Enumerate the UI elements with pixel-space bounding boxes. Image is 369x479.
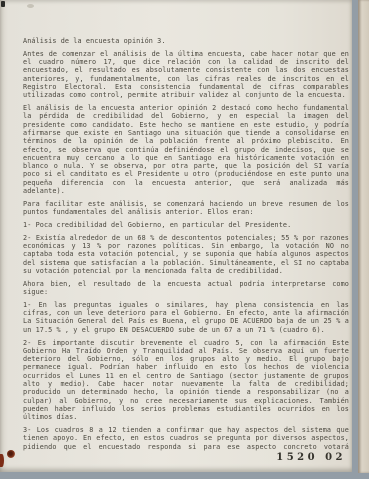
paragraph-analisis-anterior: El análisis de la encuesta anterior opin…: [23, 104, 349, 195]
underlying-page-edge: [358, 0, 369, 473]
ink-spot: [7, 450, 15, 458]
page-edge-shadow: [351, 0, 358, 473]
scanned-document-page: Análisis de la encuesta opinión 3. Antes…: [0, 0, 369, 479]
paragraph-intro-cuadro-17: Antes de comenzar el análisis de la últi…: [23, 50, 349, 100]
paragraph-resumen-intro: Para facilitar este análisis, se comenza…: [23, 200, 349, 217]
document-body: Análisis de la encuesta opinión 3. Antes…: [23, 37, 349, 455]
paragraph-ahora-bien: Ahora bien, el resultado de la encuesta …: [23, 280, 349, 297]
document-title: Análisis de la encuesta opinión 3.: [23, 37, 349, 45]
ink-stain: [0, 454, 4, 467]
list-item-3-cuadros-8-12: 3- Los cuadros 8 a 12 tienden a confirma…: [23, 426, 349, 451]
list-item-1-consistencia: 1- En las preguntas iguales o similares,…: [23, 301, 349, 334]
list-item-2-cuadro-5: 2- Es importante discutir brevemente el …: [23, 339, 349, 422]
list-item-1-credibilidad: 1- Poca credibilidad del Gobierno, en pa…: [23, 221, 349, 229]
scan-speck: [1, 1, 5, 7]
scan-smudge: [27, 4, 34, 8]
list-item-2-descontentos: 2- Existía alrededor de un 68 % de desco…: [23, 234, 349, 275]
page-number-stamp: 1520 02: [276, 452, 346, 463]
